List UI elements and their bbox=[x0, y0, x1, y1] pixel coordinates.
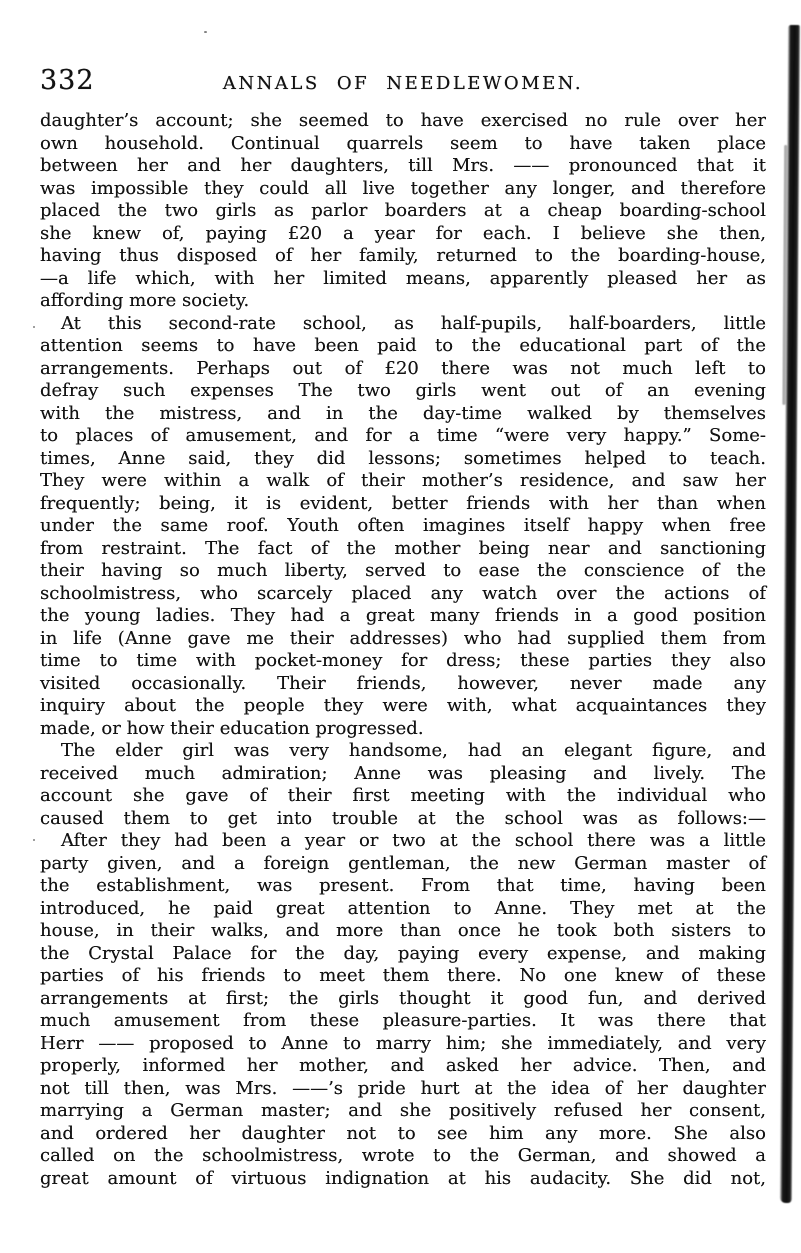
text-line: in life (Anne gave me their addresses) w… bbox=[40, 628, 766, 651]
text-line: own household. Continual quarrels seem t… bbox=[40, 133, 766, 156]
text-line: At this second-rate school, as half-pupi… bbox=[40, 313, 766, 336]
text-line: much amusement from these pleasure-parti… bbox=[40, 1010, 766, 1033]
text-line: under the same roof. Youth often imagine… bbox=[40, 515, 766, 538]
text-line: visited occasionally. Their friends, how… bbox=[40, 673, 766, 696]
text-line: —a life which, with her limited means, a… bbox=[40, 268, 766, 291]
text-line: time to time with pocket-money for dress… bbox=[40, 650, 766, 673]
text-line: arrangements. Perhaps out of £20 there w… bbox=[40, 358, 766, 381]
text-line: she knew of, paying £20 a year for each.… bbox=[40, 223, 766, 246]
scan-speck bbox=[204, 31, 207, 33]
text-line: made, or how their education progressed. bbox=[40, 718, 766, 741]
text-line: affording more society. bbox=[40, 290, 766, 313]
text-line: received much admiration; Anne was pleas… bbox=[40, 763, 766, 786]
text-line: The elder girl was very handsome, had an… bbox=[40, 740, 766, 763]
text-line: great amount of virtuous indignation at … bbox=[40, 1168, 766, 1191]
text-line: between her and her daughters, till Mrs.… bbox=[40, 155, 766, 178]
text-line: Herr —— proposed to Anne to marry him; s… bbox=[40, 1033, 766, 1056]
text-line: from restraint. The fact of the mother b… bbox=[40, 538, 766, 561]
text-line: with the mistress, and in the day-time w… bbox=[40, 403, 766, 426]
text-line: having thus disposed of her family, retu… bbox=[40, 245, 766, 268]
text-line: the young ladies. They had a great many … bbox=[40, 605, 766, 628]
scan-speck bbox=[33, 326, 35, 328]
scanned-book-page: 332 ANNALS OF NEEDLEWOMEN. daughter’s ac… bbox=[0, 0, 801, 1253]
text-line: the Crystal Palace for the day, paying e… bbox=[40, 943, 766, 966]
text-line: attention seems to have been paid to the… bbox=[40, 335, 766, 358]
text-line: defray such expenses The two girls went … bbox=[40, 380, 766, 403]
text-line: their having so much liberty, served to … bbox=[40, 560, 766, 583]
text-line: placed the two girls as parlor boarders … bbox=[40, 200, 766, 223]
text-line: was impossible they could all live toget… bbox=[40, 178, 766, 201]
text-line: marrying a German master; and she positi… bbox=[40, 1100, 766, 1123]
text-line: not till then, was Mrs. ——’s pride hurt … bbox=[40, 1078, 766, 1101]
text-line: times, Anne said, they did lessons; some… bbox=[40, 448, 766, 471]
text-line: house, in their walks, and more than onc… bbox=[40, 920, 766, 943]
text-line: and ordered her daughter not to see him … bbox=[40, 1123, 766, 1146]
page-body: daughter’s account; she seemed to have e… bbox=[40, 110, 766, 1190]
text-line: properly, informed her mother, and asked… bbox=[40, 1055, 766, 1078]
text-line: After they had been a year or two at the… bbox=[40, 830, 766, 853]
text-line: introduced, he paid great attention to A… bbox=[40, 898, 766, 921]
running-title: ANNALS OF NEEDLEWOMEN. bbox=[40, 73, 766, 95]
text-line: schoolmistress, who scarcely placed any … bbox=[40, 583, 766, 606]
text-line: They were within a walk of their mother’… bbox=[40, 470, 766, 493]
text-line: parties of his friends to meet them ther… bbox=[40, 965, 766, 988]
text-line: party given, and a foreign gentleman, th… bbox=[40, 853, 766, 876]
text-line: frequently; being, it is evident, better… bbox=[40, 493, 766, 516]
text-line: the establishment, was present. From tha… bbox=[40, 875, 766, 898]
scan-gutter-shadow bbox=[780, 25, 800, 1203]
text-line: daughter’s account; she seemed to have e… bbox=[40, 110, 766, 133]
scan-speck bbox=[33, 839, 35, 841]
text-line: inquiry about the people they were with,… bbox=[40, 695, 766, 718]
page-header: 332 ANNALS OF NEEDLEWOMEN. bbox=[40, 66, 766, 100]
text-line: account she gave of their first meeting … bbox=[40, 785, 766, 808]
text-line: to places of amusement, and for a time “… bbox=[40, 425, 766, 448]
text-line: caused them to get into trouble at the s… bbox=[40, 808, 766, 831]
text-line: called on the schoolmistress, wrote to t… bbox=[40, 1145, 766, 1168]
text-line: arrangements at first; the girls thought… bbox=[40, 988, 766, 1011]
